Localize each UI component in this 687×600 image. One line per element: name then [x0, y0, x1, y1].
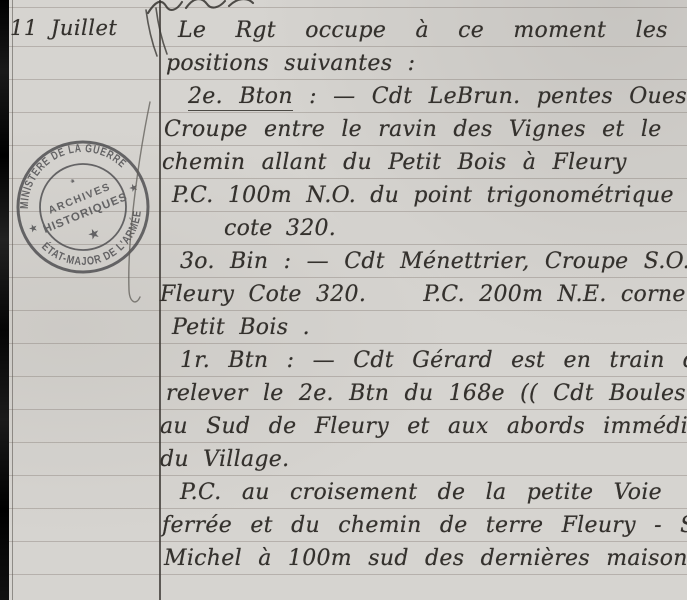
stamp-right-star-icon: ★	[128, 181, 140, 194]
manuscript-line: P.C. au croisement de la petite Voie	[160, 476, 687, 509]
manuscript-line: ferrée et du chemin de terre Fleury - St	[160, 509, 687, 542]
manuscript-line: 1r. Btn : — Cdt Gérard est en train de	[160, 344, 687, 377]
manuscript-line: Le Rgt occupe à ce moment les	[160, 14, 687, 47]
archives-stamp: MINISTÈRE DE LA GUERRE ÉTAT-MAJOR DE L'A…	[0, 112, 169, 302]
manuscript-line: au Sud de Fleury et aux abords immédiats	[160, 410, 687, 443]
margin-date: 11 Juillet	[10, 16, 117, 40]
stamp-bottom-star-icon: ★	[86, 225, 101, 242]
manuscript-line: cote 320.	[160, 212, 687, 245]
manuscript-line: P.C. 100m N.O. du point trigonométrique …	[160, 179, 687, 212]
underlined-battalion-heading: 2e. Bton	[188, 84, 293, 111]
manuscript-page: 11 Juillet MINISTÈRE DE LA GUERRE ÉTAT-M…	[0, 0, 687, 600]
manuscript-line: 2e. Bton : — Cdt LeBrun. pentes Ouest et	[160, 80, 687, 113]
clipped-writing-fragment	[148, 0, 253, 13]
manuscript-line: Croupe entre le ravin des Vignes et le	[160, 113, 687, 146]
manuscript-line: Fleury Cote 320. P.C. 200m N.E. corne N.…	[160, 278, 687, 311]
manuscript-line: positions suivantes :	[160, 47, 687, 80]
manuscript-line: du Village.	[160, 443, 687, 476]
manuscript-line: 3o. Bin : — Cdt Ménettrier, Croupe S.O. …	[160, 245, 687, 278]
manuscript-column: Le Rgt occupe à ce moment lespositions s…	[160, 14, 687, 575]
manuscript-line: Petit Bois .	[160, 311, 687, 344]
manuscript-line: chemin allant du Petit Bois à Fleury	[160, 146, 687, 179]
stamp-left-star-icon: ★	[28, 222, 40, 235]
manuscript-line: relever le 2e. Btn du 168e (( Cdt Boules…	[160, 377, 687, 410]
manuscript-line: Michel à 100m sud des dernières maisons	[160, 542, 687, 575]
stamp-asterisk-icon: *	[70, 177, 78, 189]
